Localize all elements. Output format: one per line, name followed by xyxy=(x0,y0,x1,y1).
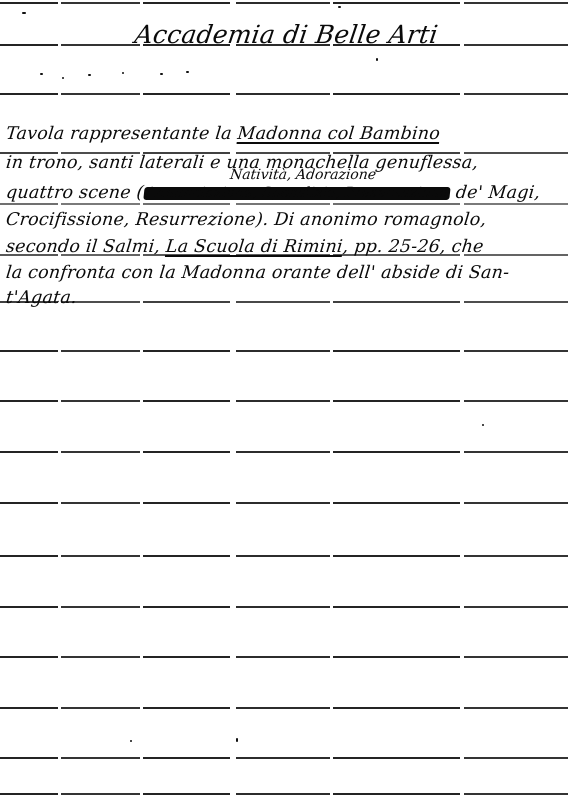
ruled-line xyxy=(0,656,568,658)
ruled-line xyxy=(0,400,568,402)
text-segment: Tavola rappresentante la xyxy=(5,124,239,144)
ruled-line xyxy=(0,757,568,759)
scan-speck xyxy=(338,6,341,8)
text-line: quattro scene (Annunciazione, Sposalizio… xyxy=(5,183,541,203)
document-heading: Accademia di Belle Arti xyxy=(133,20,440,49)
scan-speck xyxy=(22,12,26,14)
text-segment: , pp. 25-26, che xyxy=(342,237,485,257)
text-line: Tavola rappresentante la Madonna col Bam… xyxy=(5,124,441,144)
ruled-line xyxy=(0,606,568,608)
underlined-title: Madonna col Bambino xyxy=(237,124,442,144)
ruled-line xyxy=(0,301,568,303)
text-line: la confronta con la Madonna orante dell'… xyxy=(5,263,510,283)
ruled-line xyxy=(0,502,568,504)
text-segment: secondo il Salmi, xyxy=(5,237,167,257)
scan-speck xyxy=(122,72,124,74)
text-line: secondo il Salmi, La Scuola di Rimini, p… xyxy=(5,237,485,257)
ruled-line xyxy=(0,451,568,453)
text-segment: quattro scene ( xyxy=(5,183,145,203)
ruled-line xyxy=(0,555,568,557)
struck-through-text: Annunciazione, Sposalizio, Presentazione xyxy=(143,187,451,200)
scan-speck xyxy=(236,738,238,742)
ruled-line xyxy=(0,2,568,4)
scan-speck xyxy=(160,73,163,75)
scan-speck xyxy=(376,58,378,61)
text-line: Crocifissione, Resurrezione). Di anonimo… xyxy=(5,210,487,230)
scan-speck xyxy=(186,71,189,73)
scan-speck xyxy=(62,77,64,79)
ruled-line xyxy=(0,707,568,709)
scan-speck xyxy=(482,424,484,426)
ruled-line xyxy=(0,793,568,795)
text-segment: de' Magi, xyxy=(449,183,541,203)
scan-speck xyxy=(130,740,132,742)
scanned-note-page: Accademia di Belle Arti Tavola rappresen… xyxy=(0,0,568,800)
scan-speck xyxy=(88,74,91,76)
text-line: t'Agata. xyxy=(5,288,78,308)
ruled-line xyxy=(0,203,568,205)
ruled-line xyxy=(0,93,568,95)
underlined-citation: La Scuola di Rimini xyxy=(165,237,344,257)
ruled-line xyxy=(0,350,568,352)
inserted-correction: Natività, Adorazione xyxy=(229,167,377,183)
scan-speck xyxy=(40,73,43,75)
